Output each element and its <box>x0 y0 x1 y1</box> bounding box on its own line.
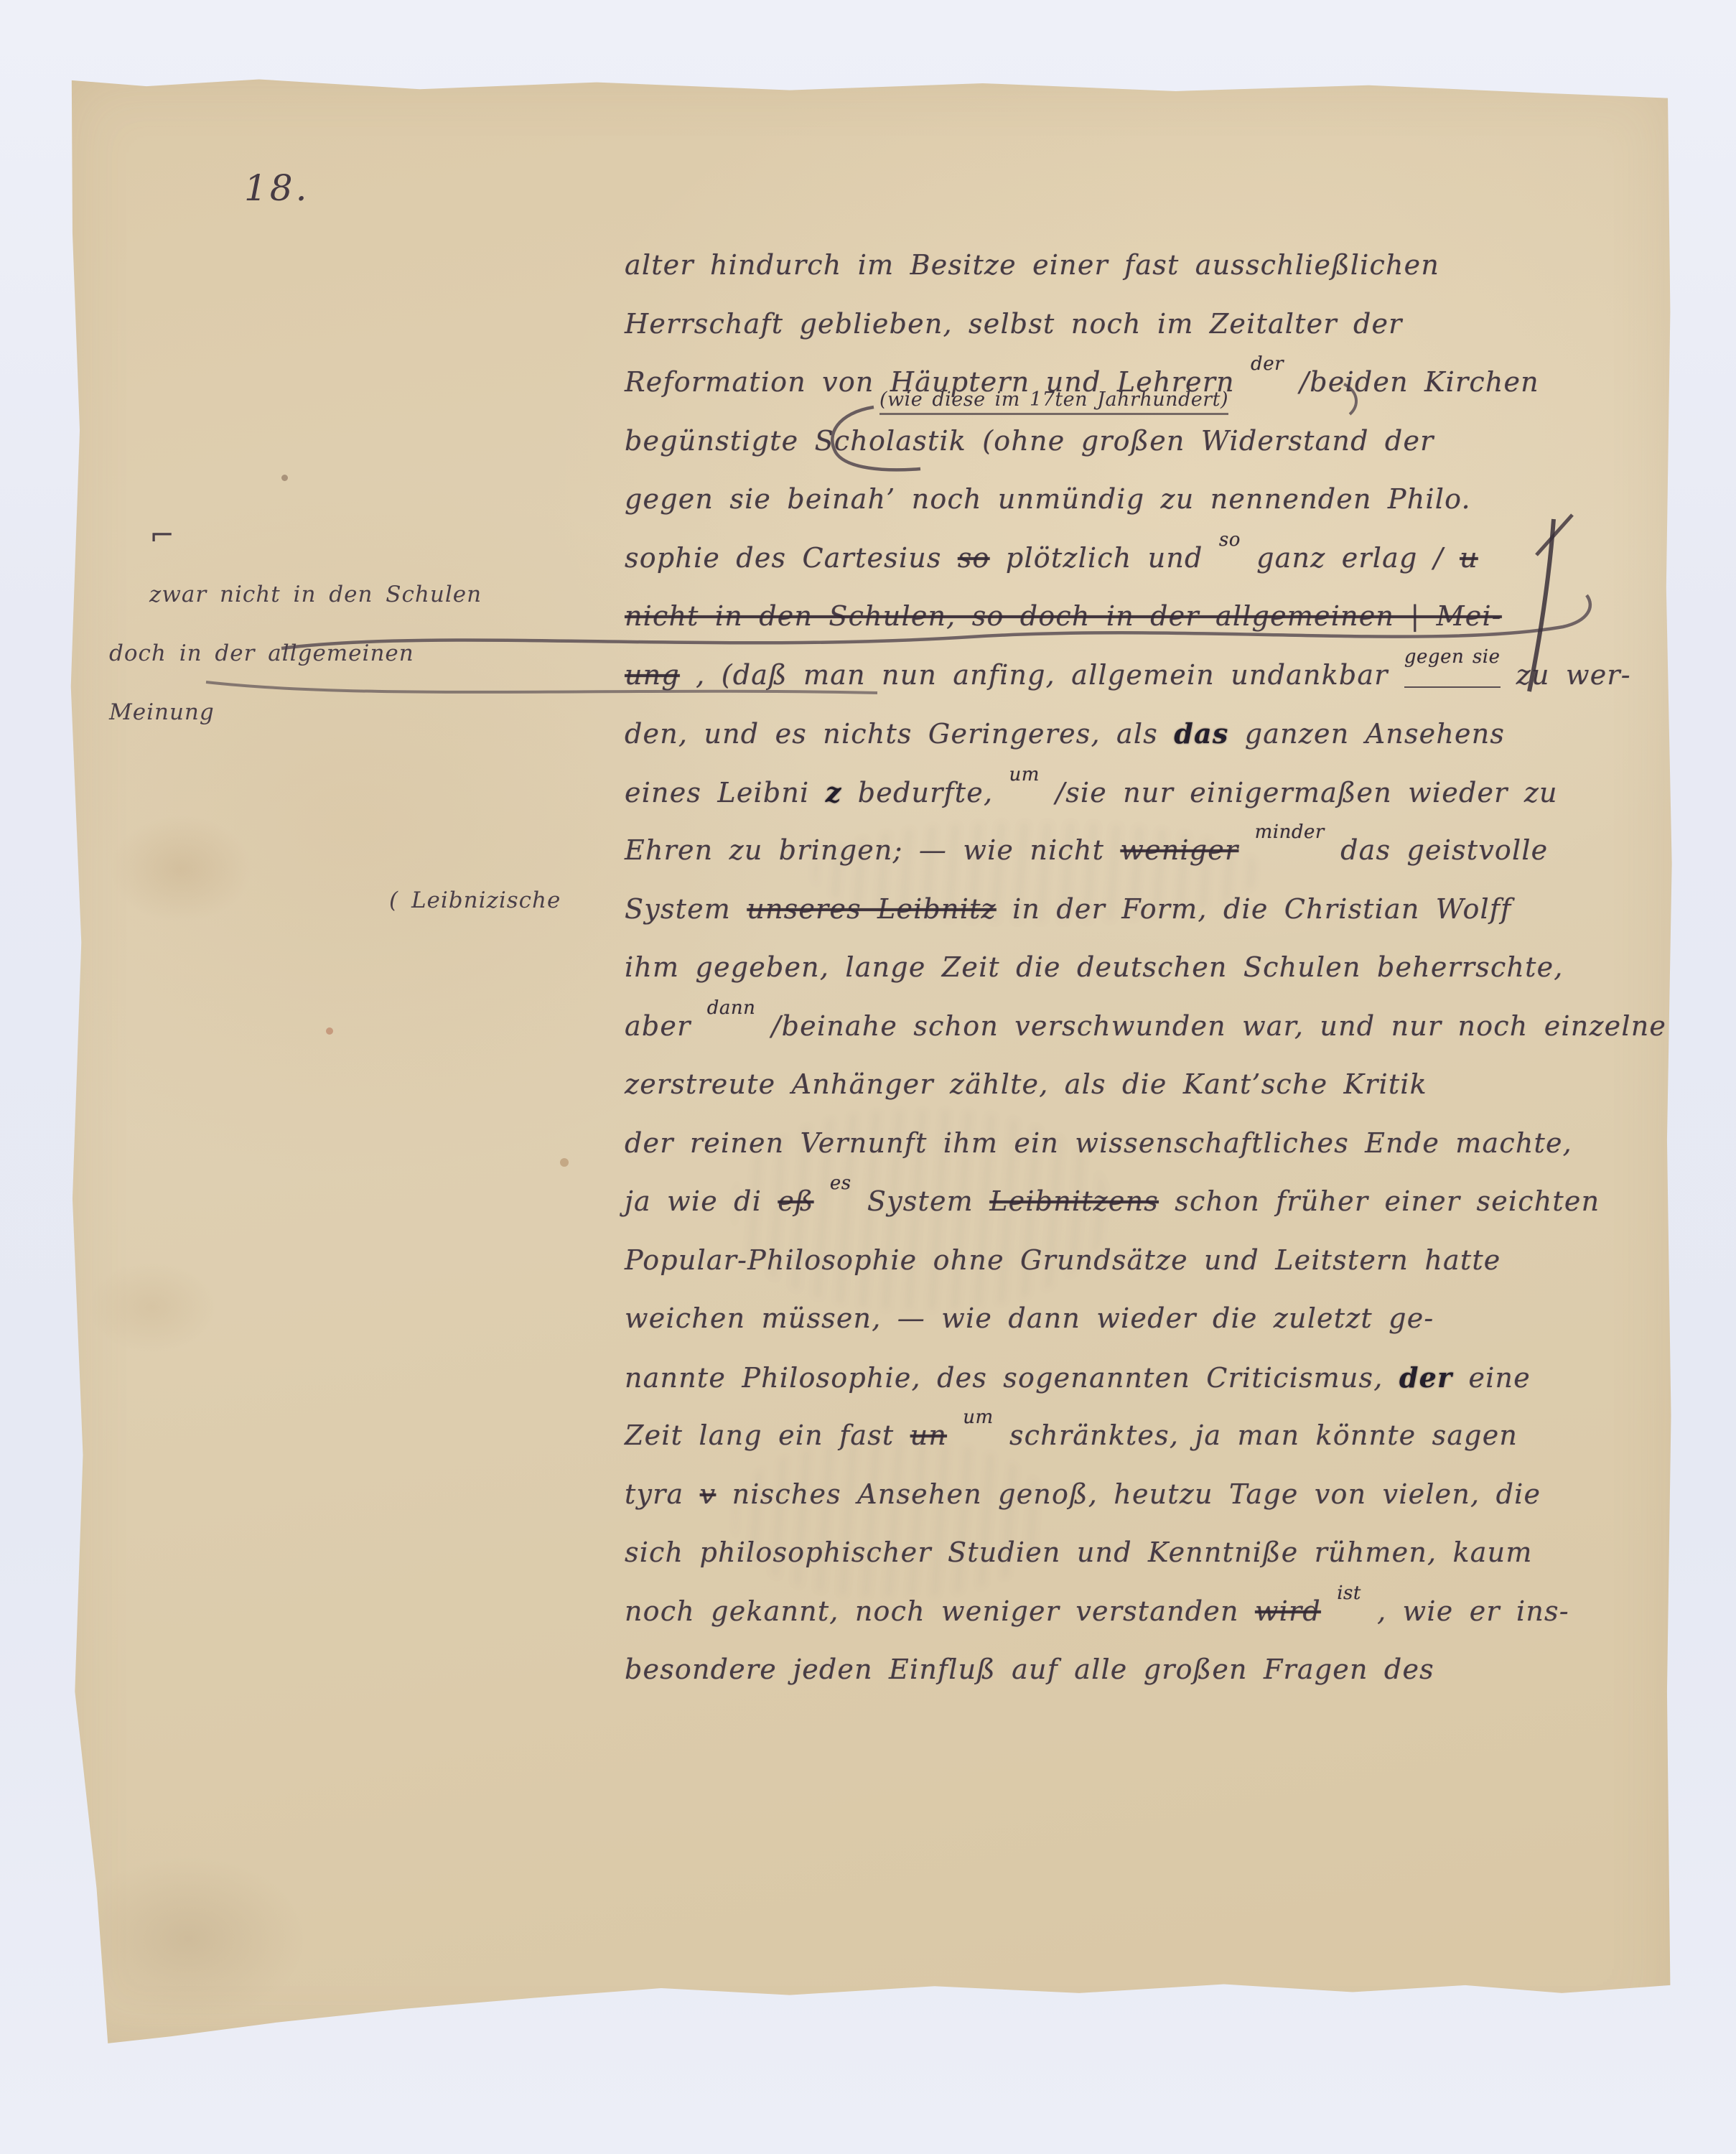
text-segment: noch gekannt, noch weniger verstanden <box>625 1595 1239 1627</box>
manuscript-line: aber dann /beinahe schon verschwunden wa… <box>625 997 1630 1056</box>
inserted-word: der <box>1251 335 1284 394</box>
manuscript-paper: 18. ⌐zwar nicht in den Schulendoch in de… <box>66 75 1674 2046</box>
text-segment: zu wer- <box>1516 659 1631 691</box>
text-segment: sophie des Cartesius <box>625 542 942 574</box>
text-segment: System <box>867 1185 974 1217</box>
overwritten-text: das <box>1174 717 1228 750</box>
manuscript-line: eines Leibni z bedurfte, um /sie nur ein… <box>625 763 1630 822</box>
struck-text: Leibnitzens <box>989 1185 1159 1217</box>
text-segment: den, und es nichts Geringeres, als <box>625 718 1158 750</box>
text-segment: Popular-Philosophie ohne Grundsätze und … <box>625 1244 1501 1276</box>
text-segment: gegen sie beinah’ noch unmündig zu nenne… <box>625 483 1471 515</box>
struck-text: un <box>910 1419 947 1451</box>
inserted-word: minder <box>1255 803 1325 862</box>
text-segment: ganzen Ansehens <box>1245 718 1505 750</box>
inserted-word: um <box>1009 746 1040 805</box>
ink-speck <box>281 475 288 481</box>
text-segment: aber <box>625 1010 691 1042</box>
text-segment: schon früher einer seichten <box>1175 1185 1600 1217</box>
struck-text: v <box>700 1478 717 1510</box>
insertion-mark: ⌐ <box>149 518 175 553</box>
struck-text: ung <box>625 659 680 691</box>
manuscript-line: Zeit lang ein fast un um schränktes, ja … <box>625 1407 1630 1465</box>
manuscript-line: begünstigte Scholastik (ohne großen Wide… <box>625 412 1630 471</box>
text-segment: Zeit lang ein fast <box>625 1419 894 1451</box>
manuscript-line: zerstreute Anhänger zählte, als die Kant… <box>625 1055 1630 1114</box>
body-text: alter hindurch im Besitze einer fast aus… <box>625 236 1630 1700</box>
text-segment: ganz erlag / <box>1256 542 1444 574</box>
text-segment: Herrschaft geblieben, selbst noch im Zei… <box>625 308 1403 340</box>
text-segment: das geistvolle <box>1340 834 1548 866</box>
manuscript-line: nannte Philosophie, des sogenannten Crit… <box>625 1348 1630 1407</box>
margin-note-line: doch in der allgemeinen <box>109 624 482 683</box>
struck-text: u <box>1460 542 1478 574</box>
margin-note-lines: zwar nicht in den Schulendoch in der all… <box>149 565 482 742</box>
text-segment: nisches Ansehen genoß, heutzu Tage von v… <box>732 1478 1541 1510</box>
text-segment: sich philosophischer Studien und Kenntni… <box>625 1537 1533 1568</box>
margin-note-line: Meinung <box>109 683 482 742</box>
overwritten-text: der <box>1399 1361 1452 1394</box>
margin-note-secondary: ( Leibnizische <box>389 871 561 930</box>
text-segment: , (daß man nun anfing, allgemein undankb… <box>696 659 1388 691</box>
text-segment: System <box>625 893 731 925</box>
margin-note-line: zwar nicht in den Schulen <box>149 565 482 624</box>
manuscript-line: alter hindurch im Besitze einer fast aus… <box>625 236 1630 295</box>
foxing-stain <box>109 815 253 923</box>
inserted-word: ist <box>1337 1565 1361 1623</box>
struck-text: so <box>958 542 990 574</box>
manuscript-line: Reformation von Häuptern und Lehrern der… <box>625 353 1630 412</box>
text-segment: eines Leibni <box>625 777 809 808</box>
inserted-word: dann <box>707 979 756 1038</box>
page-number: 18. <box>244 167 310 209</box>
text-segment: plötzlich und <box>1006 542 1203 574</box>
struck-text: eß <box>778 1185 813 1217</box>
manuscript-line: den, und es nichts Geringeres, als das g… <box>625 704 1630 763</box>
manuscript-line: ihm gegeben, lange Zeit die deutschen Sc… <box>625 938 1630 997</box>
text-segment: zerstreute Anhänger zählte, als die Kant… <box>625 1068 1427 1100</box>
manuscript-scan: { "scan": { "background_color": "#e8eaf4… <box>0 0 1736 2154</box>
text-segment: nannte Philosophie, des sogenannten Crit… <box>625 1362 1383 1394</box>
manuscript-line: Herrschaft geblieben, selbst noch im Zei… <box>625 295 1630 354</box>
text-segment: in der Form, die Christian Wolff <box>1012 893 1511 925</box>
struck-text: weniger <box>1120 834 1238 866</box>
overwritten-text: z <box>826 776 842 808</box>
manuscript-line: System unseres Leibnitz in der Form, die… <box>625 880 1630 939</box>
text-segment: , wie er ins- <box>1377 1595 1569 1627</box>
text-segment: Ehren zu bringen; — wie nicht <box>625 834 1104 866</box>
manuscript-line: noch gekannt, noch weniger verstanden wi… <box>625 1582 1630 1641</box>
inserted-word: so <box>1219 511 1241 570</box>
text-segment: ja wie di <box>625 1185 762 1217</box>
manuscript-line: der reinen Vernunft ihm ein wissenschaft… <box>625 1114 1630 1173</box>
text-segment: alter hindurch im Besitze einer fast aus… <box>625 249 1439 281</box>
struck-text: nicht in den Schulen, so doch in der all… <box>625 600 1502 632</box>
manuscript-line: Popular-Philosophie ohne Grundsätze und … <box>625 1231 1630 1290</box>
manuscript-line: gegen sie beinah’ noch unmündig zu nenne… <box>625 470 1630 529</box>
text-segment: eine <box>1468 1362 1530 1394</box>
text-segment: begünstigte Scholastik (ohne großen Wide… <box>625 425 1434 457</box>
text-segment: weichen müssen, — wie dann wieder die zu… <box>625 1302 1434 1334</box>
manuscript-line: ja wie di eß es System Leibnitzens schon… <box>625 1172 1630 1231</box>
text-segment: /beiden Kirchen <box>1299 366 1539 398</box>
text-segment: besondere jeden Einfluß auf alle großen … <box>625 1654 1434 1685</box>
ink-speck <box>326 1027 333 1035</box>
ink-speck <box>560 1158 569 1167</box>
inserted-word: es <box>830 1155 851 1213</box>
inserted-word: gegen sie <box>1404 628 1501 689</box>
text-segment: ihm gegeben, lange Zeit die deutschen Sc… <box>625 951 1564 983</box>
manuscript-line: sich philosophischer Studien und Kenntni… <box>625 1524 1630 1582</box>
text-segment: bedurfte, <box>858 777 993 808</box>
text-segment: Reformation von Häuptern und Lehrern <box>625 366 1235 398</box>
manuscript-line: tyra v nisches Ansehen genoß, heutzu Tag… <box>625 1465 1630 1524</box>
manuscript-line: Ehren zu bringen; — wie nicht weniger mi… <box>625 821 1630 880</box>
foxing-stain <box>73 1856 303 2021</box>
manuscript-line: sophie des Cartesius so plötzlich und so… <box>625 529 1630 588</box>
manuscript-line: ung , (daß man nun anfing, allgemein und… <box>625 646 1630 705</box>
foxing-stain <box>88 1260 217 1353</box>
text-segment: der reinen Vernunft ihm ein wissenschaft… <box>625 1127 1572 1159</box>
manuscript-line: weichen müssen, — wie dann wieder die zu… <box>625 1290 1630 1348</box>
margin-note-primary: ⌐zwar nicht in den Schulendoch in der al… <box>149 505 482 742</box>
inserted-word: um <box>963 1389 993 1447</box>
text-segment: schränktes, ja man könnte sagen <box>1009 1419 1518 1451</box>
text-segment: /beinahe schon verschwunden war, und nur… <box>772 1010 1666 1042</box>
text-segment: tyra <box>625 1478 683 1510</box>
struck-text: unseres Leibnitz <box>747 893 997 925</box>
struck-text: wird <box>1255 1595 1321 1627</box>
manuscript-line: besondere jeden Einfluß auf alle großen … <box>625 1641 1630 1700</box>
